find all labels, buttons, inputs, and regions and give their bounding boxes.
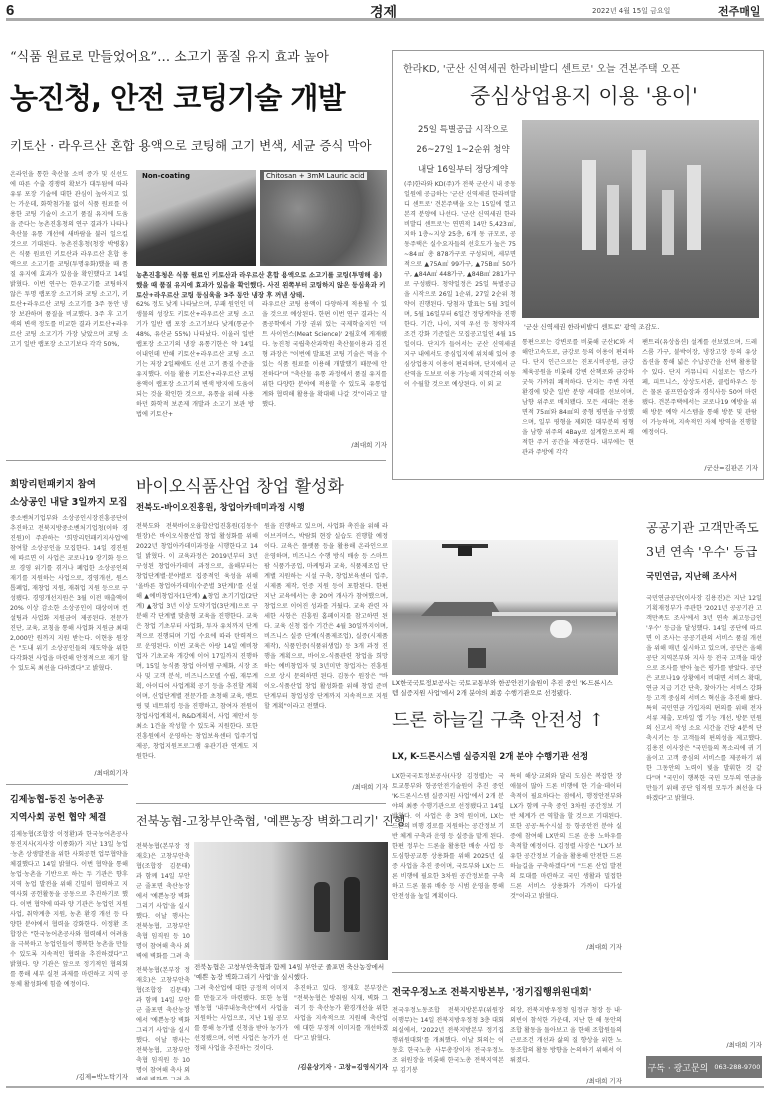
coating-body-col1: 온라인을 통한 축산물 소비 증가 및 신선도에 따른 수출 경쟁력 확보가 대… [10,170,128,445]
ground-robot [468,648,486,668]
coating-headline: 농진청, 안전 코팅기술 개발 [10,76,344,117]
halla-body-col3: 팬트리(유상옵션) 설계를 선보였으며, 드레스룸 가구, 붙박이장, 냉장고장… [642,338,757,462]
tower [632,150,646,250]
drone-caption: LX한국국토정보공사는 국토교통부와 한공안전기술원이 추진 중인 'K-드론시… [392,678,618,698]
bio-byline: /최대희 기자 [320,782,388,791]
section-divider [392,972,622,973]
photo-label-left: Non-coating [142,172,190,180]
halla-building-render [522,120,759,318]
schedule-line: 26~27일 1~2순위 청약 [404,140,522,160]
drone-body-col1: LX한국국토정보공사(사장 김정렬)는 국토교통부와 항공안전기술원이 추진 중… [392,772,504,950]
postal-headline: 전국우정노조 전북지방본부, '정기집행위원대회' [392,984,592,998]
section-divider [136,803,386,804]
paper-name: 전주매일 [718,3,761,19]
coating-kicker: “식품 원료로 만들었어요”… 소고기 품질 유지 효과 높아 [10,46,329,65]
postal-byline: /최대희 기자 [550,1076,622,1085]
hope-headline-1: 희망리턴패키지 참여 [10,476,96,490]
drone-photo [392,540,618,675]
hope-body: 중소벤처기업부와 소상공인시장진흥공단이 추진하고 전북지방중소벤처기업청(이하… [10,514,128,764]
halla-body-col1: (주)한라와 KD(주)가 전북 군산시 내 중동 일원에 공급하는 '군산 신… [404,180,516,472]
nps-byline: /최대희 기자 [690,1040,762,1049]
schedule-line: 25일 특별공급 시작으로 [404,120,522,140]
schedule-line: 내달 16일부터 정당계약 [404,160,522,180]
section-divider [6,784,128,785]
person-figure [344,877,360,932]
coating-photo-caption: 농촌진흥청은 식품 원료인 키토산과 라우르산 혼합 용액으로 소고기를 코팅(… [136,270,387,300]
tower [662,190,674,255]
gimje-byline: /김제=박노탁기자 [50,1072,128,1081]
person-figure [314,882,330,932]
terminal-building [412,602,502,616]
halla-schedule: 25일 특별공급 시작으로 26~27일 1~2순위 청약 내달 16일부터 정… [404,120,522,180]
mural-byline: /김윤상기자 · 고창=김영식기자 [270,1062,388,1071]
bio-body-col1: 전북도와 전북바이오융합산업진흥원(김동수 원장)은 바이오식품산업 창업 활성… [136,522,258,792]
nps-headline-1: 공공기관 고객만족도 [646,518,759,536]
tower [687,165,701,250]
nps-headline-2: 3년 연속 '우수' 등급 [646,542,757,560]
hope-headline-2: 소상공인 내달 3일까지 모집 [10,494,127,508]
air-taxi-rotor [492,612,616,616]
mural-body-col1: 전북농협(본부장 정재호)은 고창부안축협(조합장 김문태)과 함께 14일 부… [136,842,190,962]
air-taxi-cabin [550,620,572,638]
tower [582,160,596,250]
drone-subheadline: LX, K-드론시스템 실증지원 2개 분야 수행기관 선정 [392,750,588,762]
page-number: 6 [6,2,14,19]
issue-date: 2022년 4월 15일 금요일 [592,6,670,16]
halla-caption: '군산 신역세권 한라비발디 센트로' 광역 조감도. [524,322,659,332]
drone-body [458,546,472,556]
halla-headline: 중심상업용지 이용 '용이' [470,80,698,110]
coating-subheadline: 키토산 · 라우르산 혼합 용액으로 코팅해 고기 변색, 세균 증식 막아 [10,136,372,154]
mural-body-col3: 추진하고 있다. 정재호 본부장은 "전북농협은 방취림 식재, 벽화 그리기 … [294,984,388,1054]
hope-byline: /최대희기자 [60,768,128,777]
gimje-body: 김제농협(조합장 이정환)과 한국농어촌공사 동진지사(지사장 이종화)가 지난… [10,830,128,1070]
photo-label-right: Chitosan + 3mM Lauric acid [264,172,367,180]
tower [607,185,619,255]
bio-subheadline: 전북도-바이오진흥원, 창업아카데미과정 시행 [136,501,305,513]
halla-body-col2: 통편으로는 강변로를 비롯해 군산IC와 서해안고속도로, 금강로 등의 이용이… [522,338,634,472]
coating-byline: /최대희 기자 [300,440,387,449]
subscription-ad-box[interactable]: 구독 · 광고문의 063-288-9700 [646,1056,762,1078]
gimje-headline-2: 지역사회 공헌 협약 체결 [10,810,106,823]
halla-byline: /군산=김판곤 기자 [680,463,758,472]
coating-photo-chitosan: Chitosan + 3mM Lauric acid [260,170,387,266]
section-divider [6,460,386,461]
header-rule [6,18,764,21]
mural-body-col2a: 전북농협(본부장 정재호)은 고창부안축협(조합장 김문태)과 함께 14일 부… [136,966,190,1080]
coating-body-col3: 라우르산 코팅 용액이 다양하게 적용될 수 있을 것으로 예상된다. 한편 이… [262,300,387,438]
halla-kicker: 한라KD, '군산 신역세권 한라비발디 센트로' 오늘 견본주택 오픈 [403,60,680,75]
bio-body-col2: 원을 진행하고 있으며, 사업화 촉진을 위해 라이브커머스, 박람회 현장 실… [264,522,388,780]
gimje-headline-1: 김제농협-동진 농어촌공 [10,792,104,805]
drone-byline: /최대희 기자 [550,942,622,951]
ad-label: 구독 · 광고문의 [648,1061,709,1074]
coating-photo-non-coating: Non-coating [136,170,256,266]
postal-body-col1: 전국우정노동조합 전북지방본부(위원장 이행무)는 14일 전북지방우정청 3층… [392,1006,504,1086]
mural-photo [194,842,388,960]
postal-body-col2: 의장, 전북지방우정청 임정규 청장 등 내·외빈이 참석한 가운데, 지난 한… [510,1006,622,1076]
footer-rule [6,1086,764,1088]
mural-caption: 전북농협은 고창부안축협과 함께 14일 부안군 줄포면 축산농장에서 '예쁜 … [194,962,388,982]
nps-subheadline: 국민연금, 지난해 조사서 [646,570,737,582]
coating-body-col2: 62% 정도 낮게 나타났으며, 부패 원인인 미생물의 성장도 키토산+라우르… [136,300,254,448]
ad-phone[interactable]: 063-288-9700 [714,1063,760,1071]
mural-headline: 전북농협-고창부안축협, '예쁜농장 벽화그리기' 진행 [136,812,405,829]
drone-headline: 드론 하늘길 구축 안전성 ↑ [392,706,604,732]
nps-body: 국민연금공단(이사장 김용진)은 지난 12일 기획재정부가 주관한 '2021… [646,594,762,1040]
drone-body-col2: 특히 해상·교외와 달리 도심은 복잡한 장애물이 많아 드론 비행에 한 기술… [510,772,622,938]
bio-headline: 바이오식품산업 창업 활성화 [136,472,344,497]
